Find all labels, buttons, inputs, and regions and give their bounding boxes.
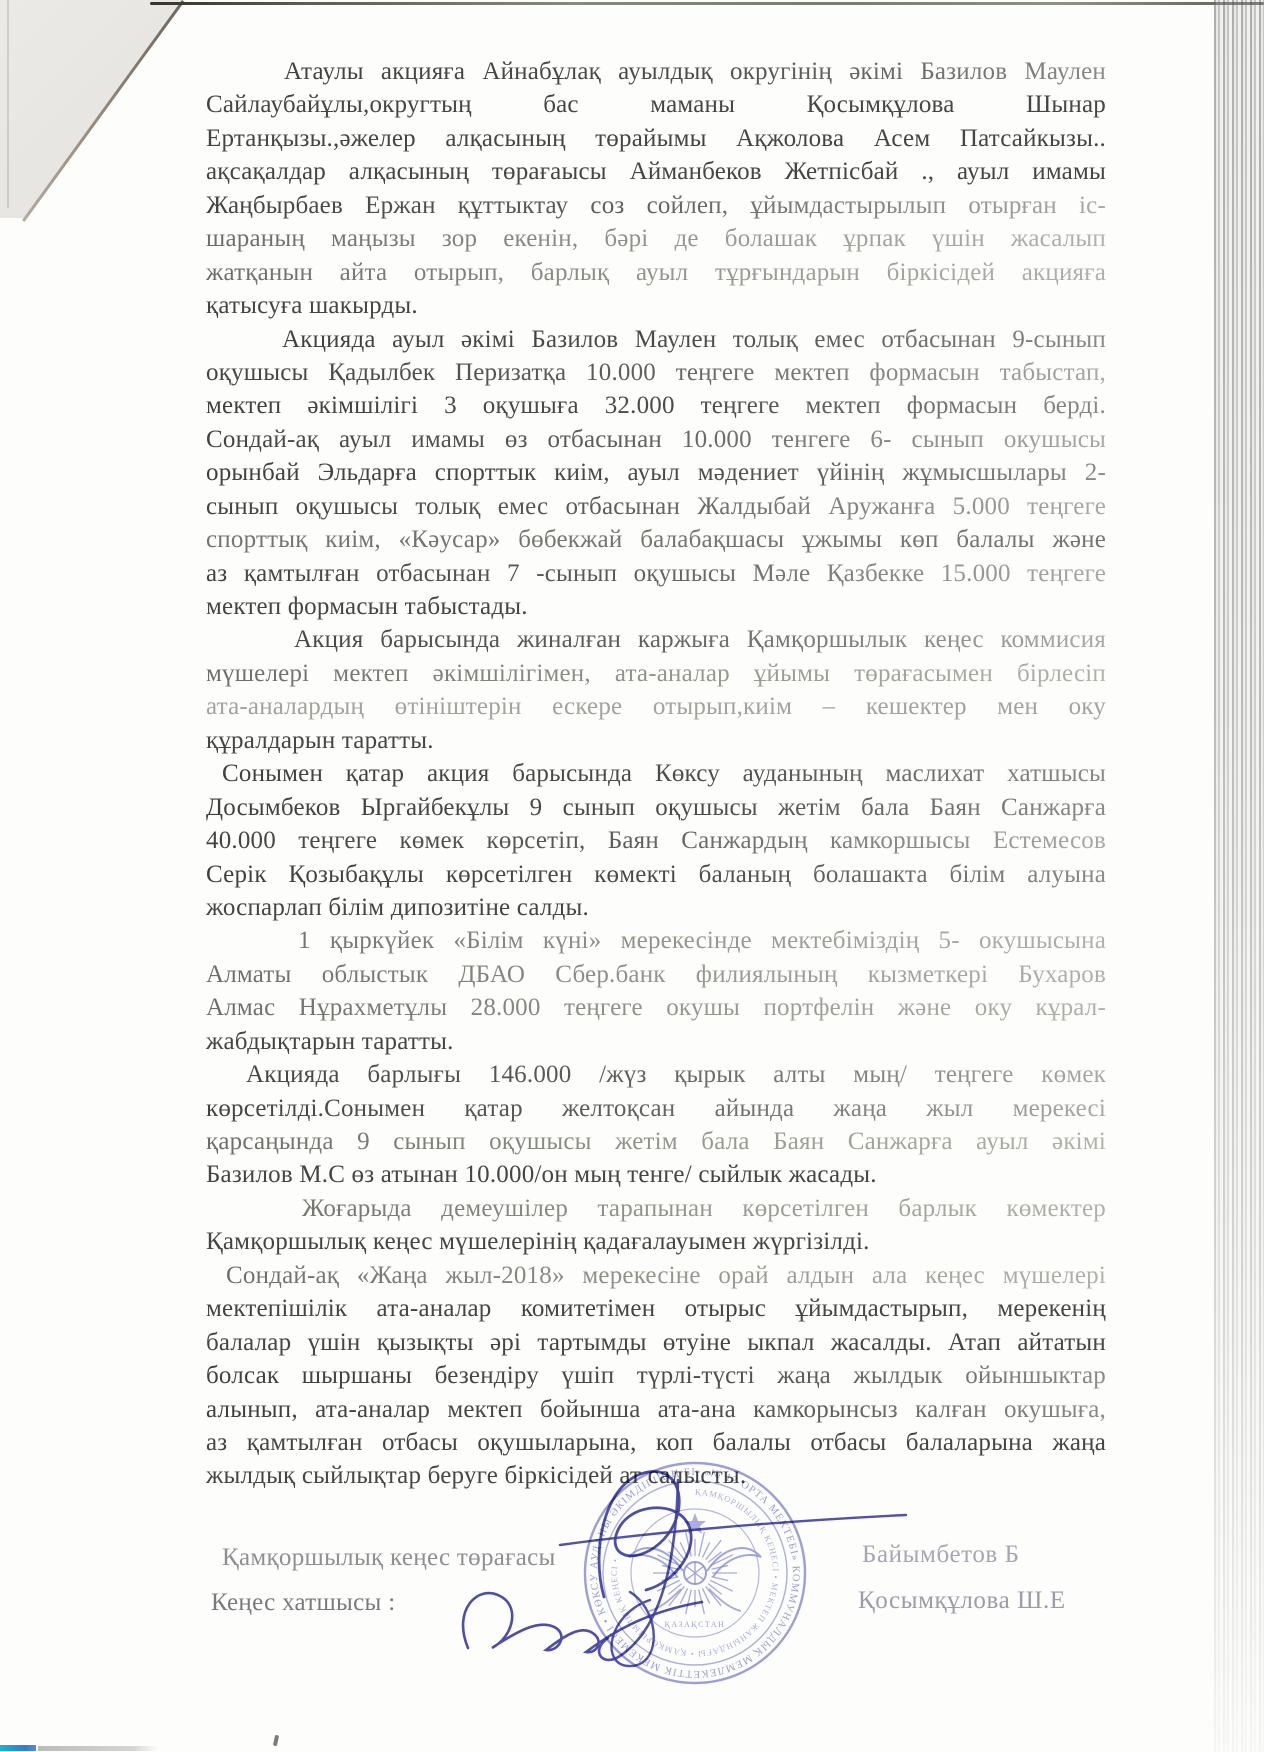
handwritten-signatures	[0, 0, 1264, 1752]
secretary-signature-stroke	[463, 1592, 702, 1666]
scanned-document-page: Атаулы акцияға Айнабұлақ ауылдық округін…	[0, 0, 1264, 1752]
chairman-signature-stroke	[560, 1472, 906, 1660]
